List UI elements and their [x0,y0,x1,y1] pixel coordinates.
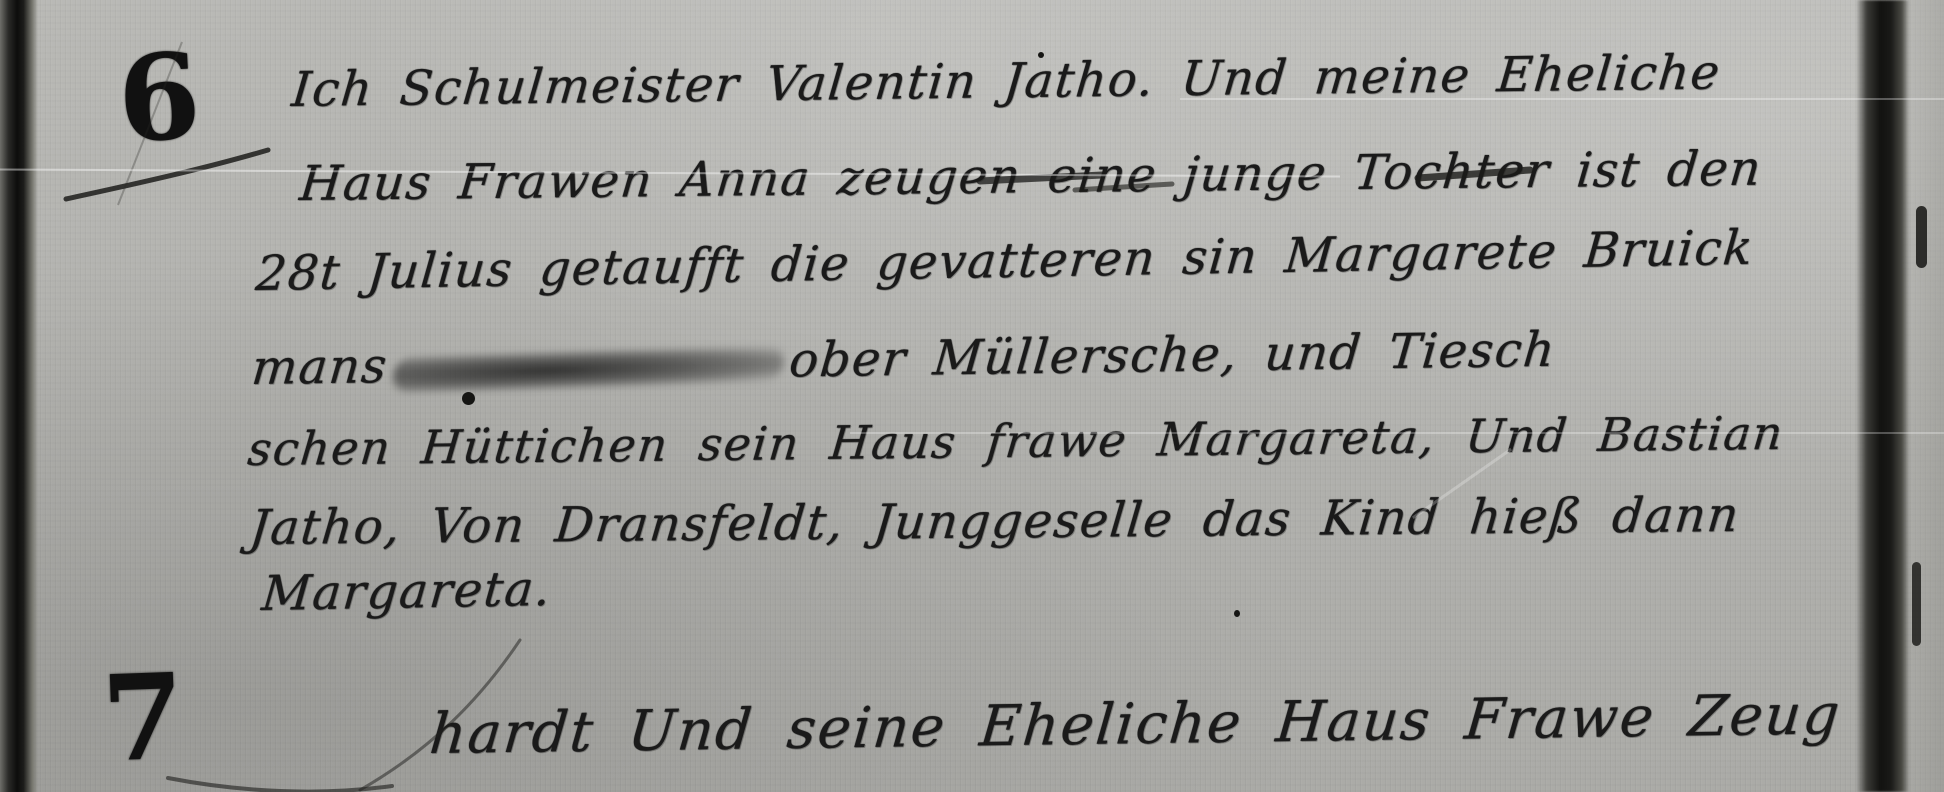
entry-number-6: 6 [114,26,203,169]
facing-page-sliver [1908,0,1944,792]
ink-blot [462,392,475,405]
entry-6-line-1: Ich Schulmeister Valentin Jatho. Und mei… [289,45,1723,119]
ink-mark-right-edge [1916,206,1927,268]
ink-blot [1038,52,1044,58]
entry-6-line-4-end: ober Müllersche, und Tiesch [787,322,1558,389]
entry-6-line-7: Margareta. [260,561,554,622]
entry-6-line-5: schen Hüttichen sein Haus frawe Margaret… [245,406,1786,476]
entry-6-line-3: 28t Julius getaufft die gevatteren sin M… [254,220,1757,302]
manuscript-scan-page: 6 Ich Schulmeister Valentin Jatho. Und m… [0,0,1944,792]
entry-6-line-4: mansober Müllersche, und Tiesch [249,322,1558,396]
entry-6-line-6: Jatho, Von Dransfeldt, Junggeselle das K… [247,487,1742,556]
film-scratch-line [1180,98,1944,100]
ink-blot [1234,610,1240,617]
book-binding-edge [0,0,38,792]
film-scratch-line [850,432,1944,434]
entry-6-line-4-start: mans [249,338,390,396]
ink-mark-right-edge [1912,562,1921,646]
entry-7-line-1-partial: hardt Und seine Eheliche Haus Frawe Zeug [427,682,1844,767]
film-edge-bar [1856,0,1910,792]
entry-number-7: 7 [100,647,187,789]
ink-flourishes [0,0,1944,792]
flourish-under-7 [168,778,392,792]
ink-smudge-strikethrough [392,346,785,392]
entry-6-line-2: Haus Frawen Anna zeugen eine junge Tocht… [297,141,1764,212]
